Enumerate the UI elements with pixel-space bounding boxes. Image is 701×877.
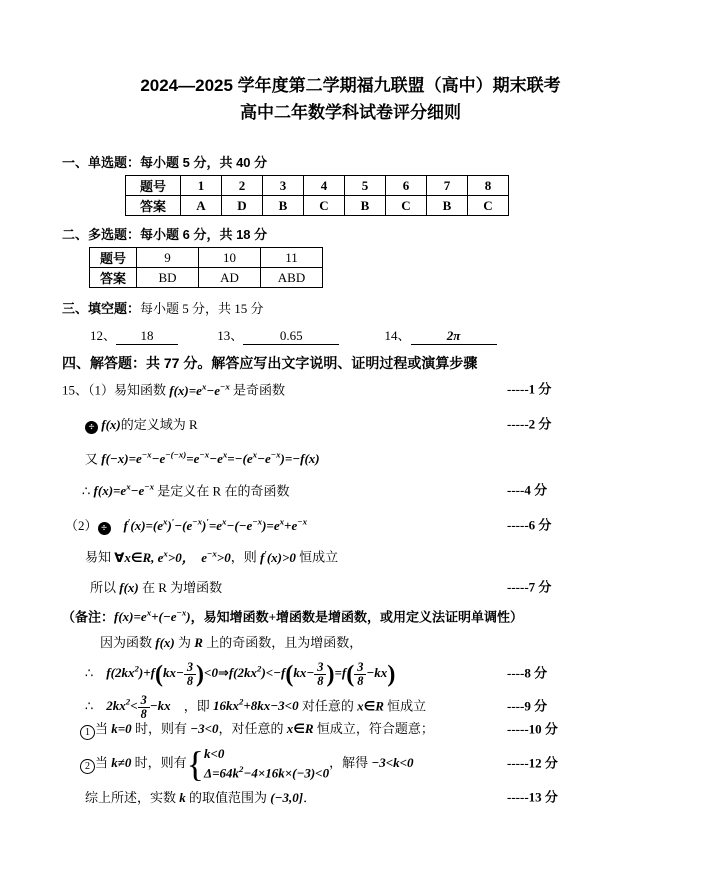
fill-item-14: 14、2π	[385, 325, 497, 345]
solution-line-text: ∴ f(2kx2)+f(kx−38)<0⇒f(2kx2)<−f(kx−38)=f…	[85, 665, 395, 680]
table-cell: 4	[304, 176, 345, 196]
solution-line: ∴ f(2kx2)+f(kx−38)<0⇒f(2kx2)<−f(kx−38)=f…	[62, 661, 647, 688]
fill-label: 13、	[217, 328, 243, 343]
fill-item-13: 13、0.65	[217, 325, 339, 345]
solution-line: 所以 f(x) 在 R 为增函数 -----7 分	[62, 580, 647, 597]
solution-line-text: 因为函数 f(x) 为 R 上的奇函数，且为增函数，	[100, 635, 362, 650]
table-cell: 1	[181, 176, 222, 196]
score-mark: ----8 分	[507, 666, 547, 683]
case-1-symbol: 1	[80, 725, 95, 740]
document-title-line1: 2024—2025 学年度第二学期福九联盟（高中）期末联考	[0, 72, 701, 99]
score-mark: -----10 分	[507, 722, 558, 739]
because-symbol: ÷	[85, 421, 98, 434]
solution-line: 因为函数 f(x) 为 R 上的奇函数，且为增函数，	[62, 635, 647, 652]
case-2-symbol: 2	[80, 759, 95, 774]
table-cell: B	[263, 196, 304, 216]
table-cell: 3	[263, 176, 304, 196]
section-single-choice-heading: 一、单选题：每小题 5 分，共 40 分	[62, 152, 647, 171]
fill-blank-answers: 12、18 13、0.65 14、2π	[62, 325, 647, 345]
table-cell: C	[386, 196, 427, 216]
fill-answer-blank: 2π	[411, 328, 497, 345]
solution-line-text: （备注：f(x)=ex+(−e−x)，易知增函数+增函数是增函数，或用定义法证明…	[62, 609, 523, 624]
solution-line-text: 15、（1）易知函数 f(x)=ex−e−x 是奇函数	[62, 383, 285, 398]
solution-line: 综上所述，实数 k 的取值范围为 (−3,0]． -----13 分	[62, 790, 647, 807]
table-cell: 5	[345, 176, 386, 196]
document-body: 一、单选题：每小题 5 分，共 40 分 题号 1 2 3 4 5 6 7 8 …	[62, 152, 647, 806]
multi-choice-answer-table: 题号 9 10 11 答案 BD AD ABD	[89, 247, 323, 288]
table-row: 答案 BD AD ABD	[90, 268, 323, 288]
table-cell: C	[304, 196, 345, 216]
table-cell: 题号	[126, 176, 181, 196]
score-mark: -----12 分	[507, 756, 558, 773]
table-cell: B	[345, 196, 386, 216]
table-cell: D	[222, 196, 263, 216]
score-mark: -----13 分	[507, 790, 558, 807]
table-cell: AD	[199, 268, 261, 288]
solution-line: 2当 k≠0 时，则有{k<0Δ=64k2−4×16k×(−3)<0，解得 −3…	[62, 745, 647, 784]
solution-line: 又 f(−x)=e−x−e−(−x)=e−x−ex=−(ex−e−x)=−f(x…	[62, 450, 647, 468]
solution-line: ∴ f(x)=ex−e−x 是定义在 R 在的奇函数 ----4 分	[62, 482, 647, 500]
fill-item-12: 12、18	[90, 325, 178, 345]
solution-line-text: （2）÷ f′(x)=(ex)′−(e−x)′=ex−(−e−x)=ex+e−x	[65, 518, 307, 533]
score-mark: -----2 分	[507, 417, 551, 434]
table-cell: 答案	[90, 268, 137, 288]
table-cell: C	[468, 196, 509, 216]
score-mark: -----6 分	[507, 518, 551, 535]
solution-line-text: 所以 f(x) 在 R 为增函数	[90, 580, 222, 595]
table-cell: 9	[137, 248, 199, 268]
table-cell: 2	[222, 176, 263, 196]
table-cell: B	[427, 196, 468, 216]
fill-heading-label: 三、填空题：	[62, 301, 140, 316]
table-cell: 7	[427, 176, 468, 196]
section-fill-blank-heading: 三、填空题：每小题 5 分，共 15 分	[62, 298, 647, 317]
solution-line-text: 易知 ∀x∈R, ex>0， e−x>0，则 f′(x)>0 恒成立	[85, 550, 338, 565]
table-row: 题号 1 2 3 4 5 6 7 8	[126, 176, 509, 196]
table-cell: 题号	[90, 248, 137, 268]
fill-answer-blank: 0.65	[243, 328, 339, 345]
solution-line: ∴ 2kx2<38−kx ，即 16kx2+8kx−3<0 对任意的 x∈R 恒…	[62, 694, 647, 721]
solution-line-text: 又 f(−x)=e−x−e−(−x)=e−x−ex=−(ex−e−x)=−f(x…	[85, 451, 320, 466]
table-cell: 11	[261, 248, 323, 268]
table-cell: ABD	[261, 268, 323, 288]
table-row: 答案 A D B C B C B C	[126, 196, 509, 216]
solution-line-text: ∴ 2kx2<38−kx ，即 16kx2+8kx−3<0 对任意的 x∈R 恒…	[85, 698, 426, 713]
solution-line-text: 1当 k=0 时，则有 −3<0，对任意的 x∈R 恒成立，符合题意；	[80, 721, 434, 736]
table-cell: 答案	[126, 196, 181, 216]
because-symbol: ÷	[98, 522, 111, 535]
score-mark: -----7 分	[507, 580, 551, 597]
solution-line: （备注：f(x)=ex+(−e−x)，易知增函数+增函数是增函数，或用定义法证明…	[62, 608, 647, 626]
table-row: 题号 9 10 11	[90, 248, 323, 268]
fill-label: 12、	[90, 328, 116, 343]
solution-line: 15、（1）易知函数 f(x)=ex−e−x 是奇函数 -----1 分	[62, 381, 647, 399]
solution-line-text: ∴ f(x)=ex−e−x 是定义在 R 在的奇函数	[82, 483, 289, 498]
system-brace: {	[187, 748, 204, 780]
section-solution-heading: 四、解答题：共 77 分。解答应写出文字说明、证明过程或演算步骤	[62, 353, 647, 373]
single-choice-answer-table: 题号 1 2 3 4 5 6 7 8 答案 A D B C B C B C	[125, 175, 509, 216]
document-header: 2024—2025 学年度第二学期福九联盟（高中）期末联考 高中二年数学科试卷评…	[0, 72, 701, 126]
score-mark: ----9 分	[507, 699, 547, 716]
table-cell: 10	[199, 248, 261, 268]
fill-answer-blank: 18	[116, 328, 178, 345]
table-cell: A	[181, 196, 222, 216]
table-cell: 8	[468, 176, 509, 196]
score-mark: ----4 分	[507, 482, 547, 499]
score-mark: -----1 分	[507, 382, 551, 399]
exam-answer-key-page: 2024—2025 学年度第二学期福九联盟（高中）期末联考 高中二年数学科试卷评…	[0, 0, 701, 877]
table-cell: 6	[386, 176, 427, 196]
solution-line: 1当 k=0 时，则有 −3<0，对任意的 x∈R 恒成立，符合题意； ----…	[62, 721, 647, 740]
solution-line-text: ÷ f(x)的定义域为 R	[85, 417, 198, 432]
solution-line: （2）÷ f′(x)=(ex)′−(e−x)′=ex−(−e−x)=ex+e−x…	[62, 517, 647, 535]
solution-line: ÷ f(x)的定义域为 R -----2 分	[62, 417, 647, 434]
solution-block: 15、（1）易知函数 f(x)=ex−e−x 是奇函数 -----1 分 ÷ f…	[62, 381, 647, 806]
fill-heading-rest: 每小题 5 分，共 15 分	[140, 301, 264, 316]
table-cell: BD	[137, 268, 199, 288]
section-multi-choice-heading: 二、多选题：每小题 6 分，共 18 分	[62, 224, 647, 243]
solution-line: 易知 ∀x∈R, ex>0， e−x>0，则 f′(x)>0 恒成立	[62, 548, 647, 566]
document-title-line2: 高中二年数学科试卷评分细则	[0, 99, 701, 126]
solution-line-text: 2当 k≠0 时，则有{k<0Δ=64k2−4×16k×(−3)<0，解得 −3…	[80, 755, 414, 770]
fill-label: 14、	[385, 328, 411, 343]
solution-line-text: 综上所述，实数 k 的取值范围为 (−3,0]．	[85, 790, 316, 805]
